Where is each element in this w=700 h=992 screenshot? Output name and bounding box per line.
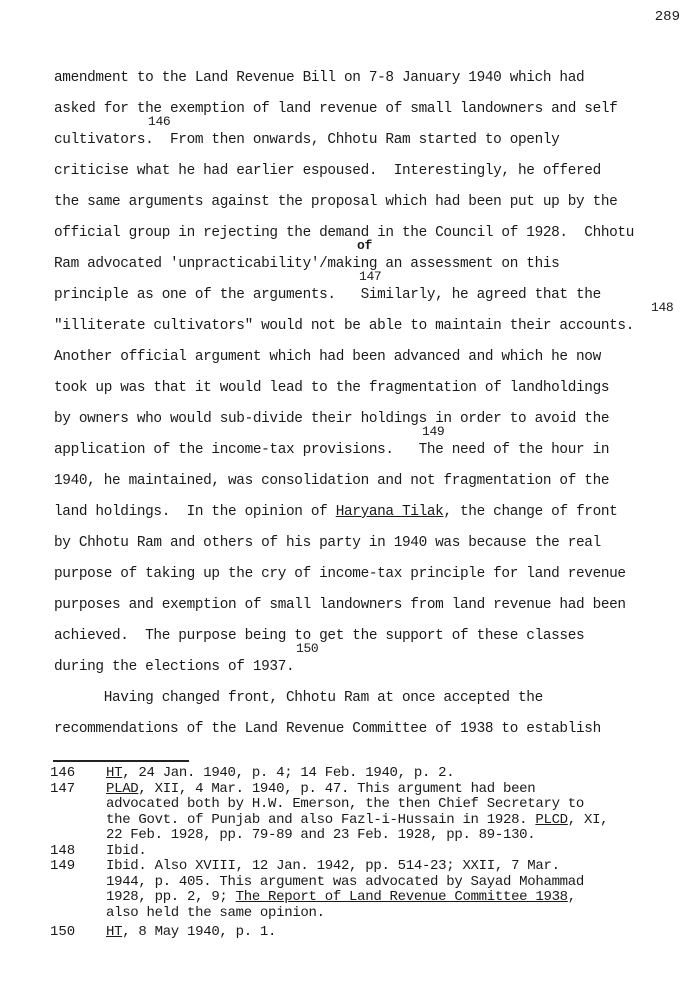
footnote: 147 PLAD, XII, 4 Mar. 1940, p. 47. This … (50, 782, 690, 844)
footnote-text: HT, 24 Jan. 1940, p. 4; 14 Feb. 1940, p.… (106, 766, 690, 782)
footnotes: 146 HT, 24 Jan. 1940, p. 4; 14 Feb. 1940… (50, 766, 690, 941)
text-line: Another official argument which had been… (54, 345, 694, 376)
footnote-number: 149 (50, 859, 106, 921)
text-line: recommendations of the Land Revenue Comm… (54, 717, 694, 748)
footnote: 146 HT, 24 Jan. 1940, p. 4; 14 Feb. 1940… (50, 766, 690, 782)
footnote-number: 148 (50, 844, 106, 860)
footnote-ref: 149 (422, 425, 444, 438)
footnote-ref: 146 (148, 115, 170, 128)
text-line: Having changed front, Chhotu Ram at once… (54, 686, 694, 717)
text-line-with-ref: during the elections of 1937.150 (54, 655, 694, 686)
handwritten-insertion: of (357, 239, 372, 252)
text-line: criticise what he had earlier espoused. … (54, 159, 694, 190)
footnote-number: 147 (50, 782, 106, 844)
footnote-ref: 148 (651, 301, 673, 314)
text-line: official group in rejecting the demand i… (54, 221, 694, 252)
text-line: by Chhotu Ram and others of his party in… (54, 531, 694, 562)
text-line: took up was that it would lead to the fr… (54, 376, 694, 407)
footnote-number: 146 (50, 766, 106, 782)
footnote-ref: 147 (359, 270, 381, 283)
footnote: 148 Ibid. (50, 844, 690, 860)
footnote-separator (53, 760, 189, 762)
footnote-text: Ibid. Also XVIII, 12 Jan. 1942, pp. 514-… (106, 859, 690, 921)
footnote: 149 Ibid. Also XVIII, 12 Jan. 1942, pp. … (50, 859, 690, 921)
text-line-with-ref: principle as one of the arguments. Simil… (54, 283, 694, 314)
footnote-text: PLAD, XII, 4 Mar. 1940, p. 47. This argu… (106, 782, 690, 844)
text-line: amendment to the Land Revenue Bill on 7-… (54, 66, 694, 97)
footnote-text: HT, 8 May 1940, p. 1. (106, 925, 690, 941)
footnote-number: 150 (50, 925, 106, 941)
text-line-with-ref: "illiterate cultivators" would not be ab… (54, 314, 694, 345)
text-line: the same arguments against the proposal … (54, 190, 694, 221)
footnote: 150 HT, 8 May 1940, p. 1. (50, 925, 690, 941)
text-line: purpose of taking up the cry of income-t… (54, 562, 694, 593)
page-number: 289 (655, 9, 680, 25)
text-line-with-ref: application of the income-tax provisions… (54, 438, 694, 469)
text-line: 1940, he maintained, was consolidation a… (54, 469, 694, 500)
text-line-with-ref: cultivators. From then onwards, Chhotu R… (54, 128, 694, 159)
text-line: purposes and exemption of small landowne… (54, 593, 694, 624)
text-line: achieved. The purpose being to get the s… (54, 624, 694, 655)
footnote-ref: 150 (296, 642, 318, 655)
text-line: by owners who would sub-divide their hol… (54, 407, 694, 438)
footnote-text: Ibid. (106, 844, 690, 860)
body-text: amendment to the Land Revenue Bill on 7-… (54, 66, 694, 748)
text-line: land holdings. In the opinion of Haryana… (54, 500, 694, 531)
